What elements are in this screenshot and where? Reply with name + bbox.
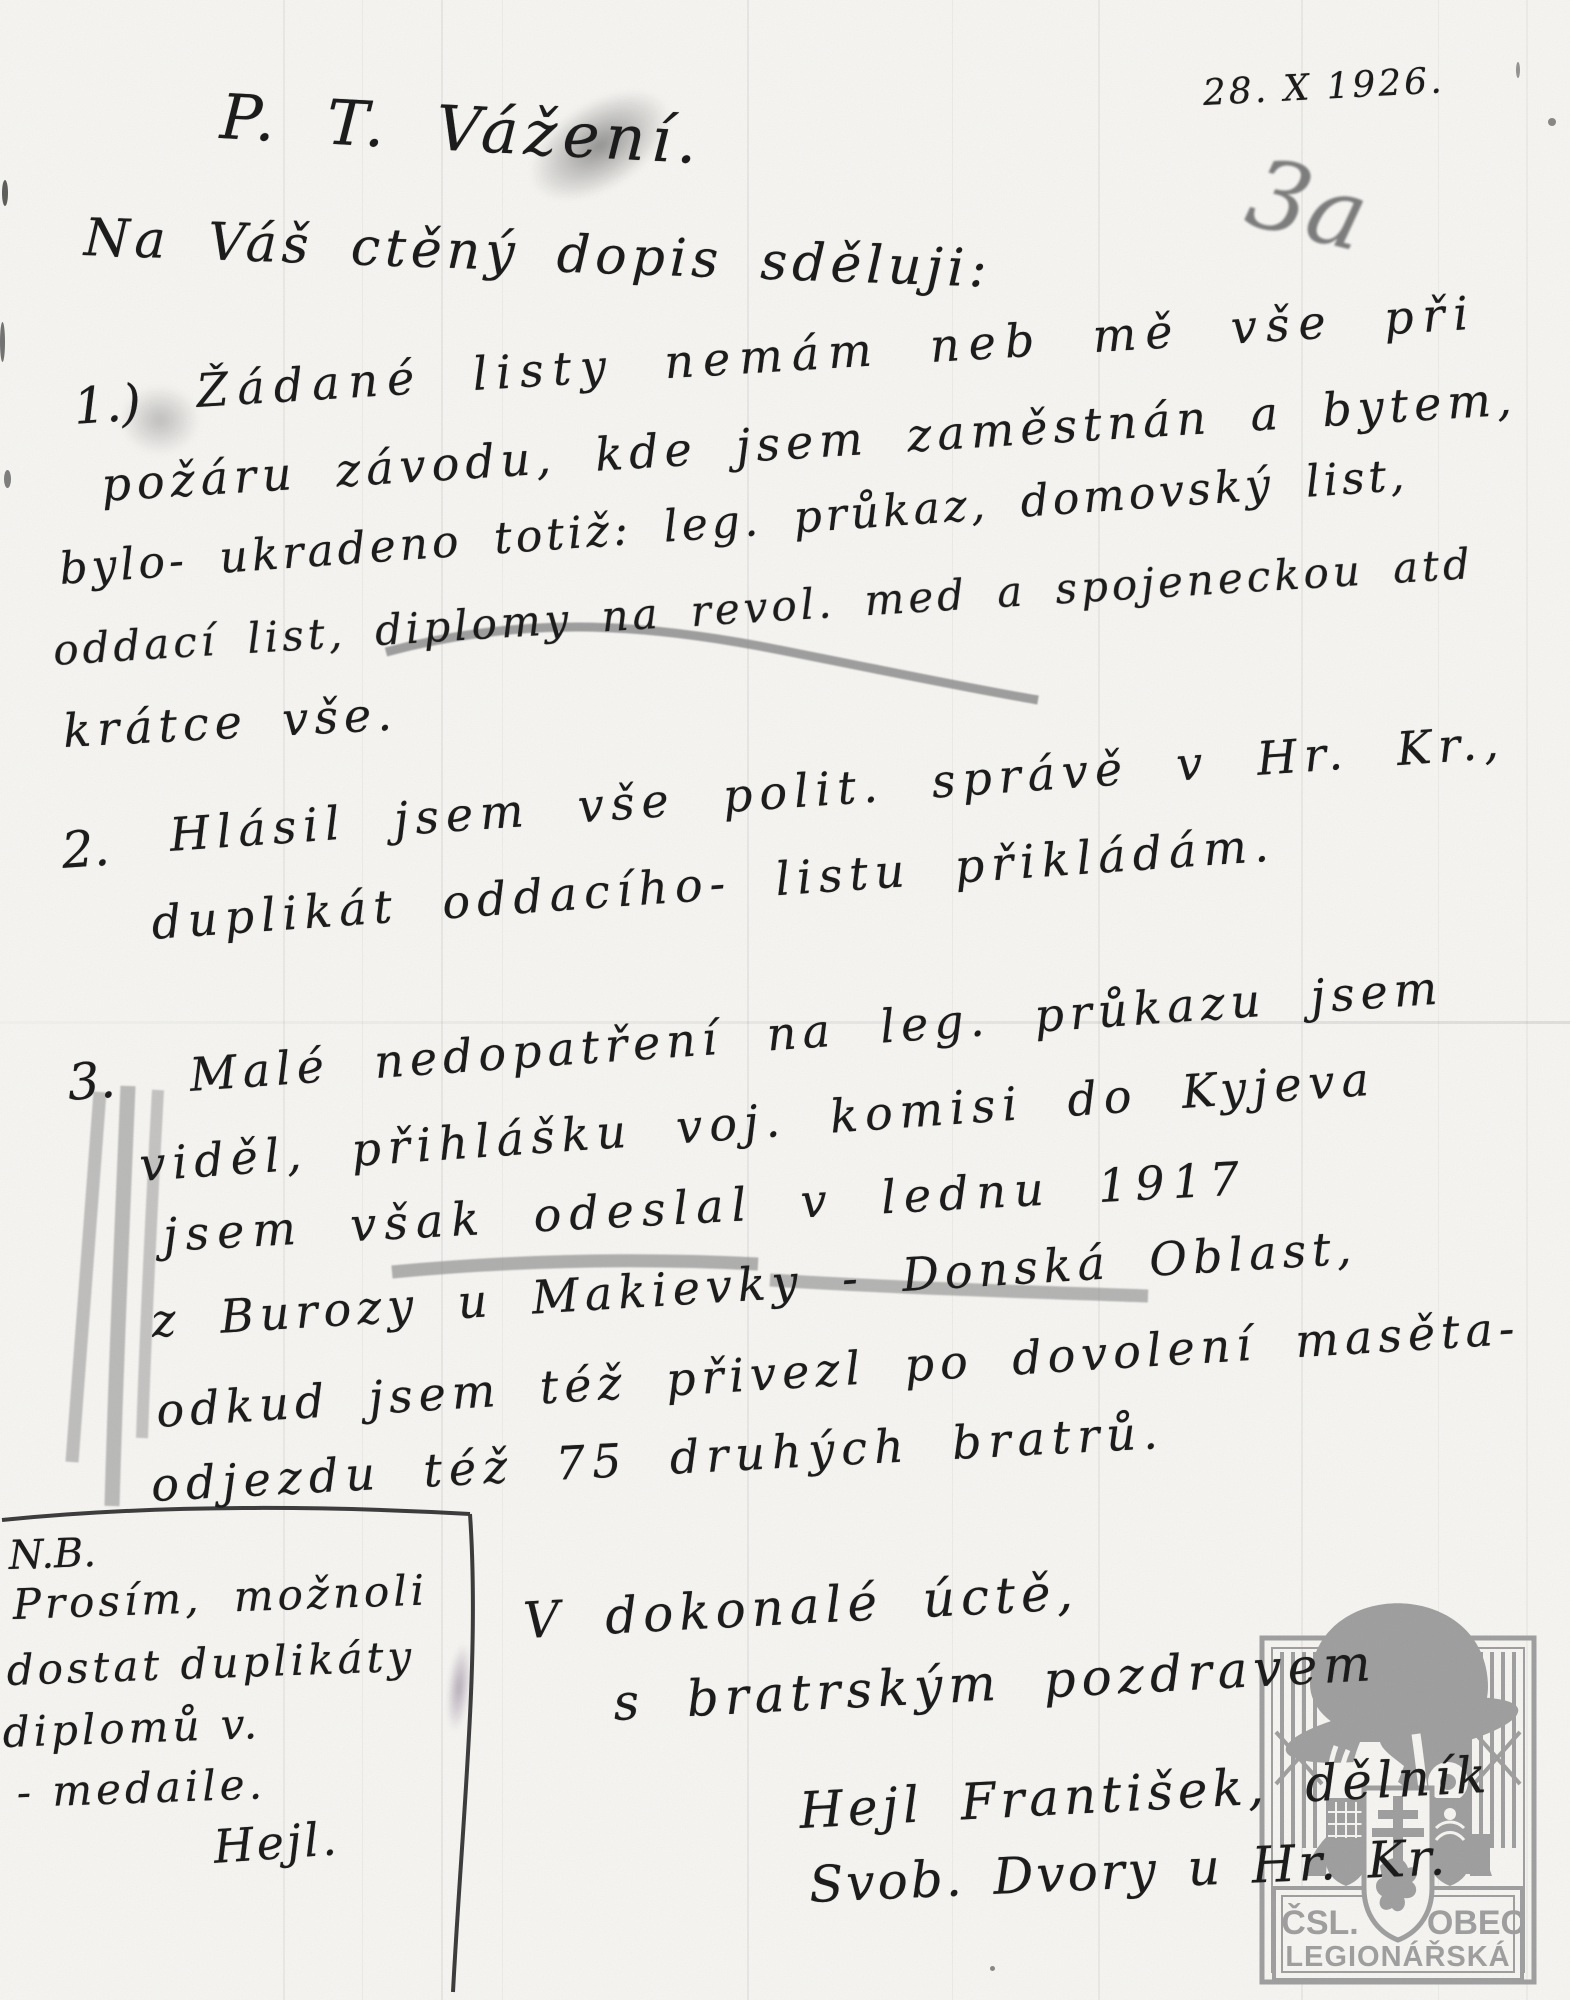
scan-noise <box>0 0 1570 2000</box>
scanned-letter-page: ČSL. OBEC LEGIONÁŘSKÁ <box>0 0 1570 2000</box>
